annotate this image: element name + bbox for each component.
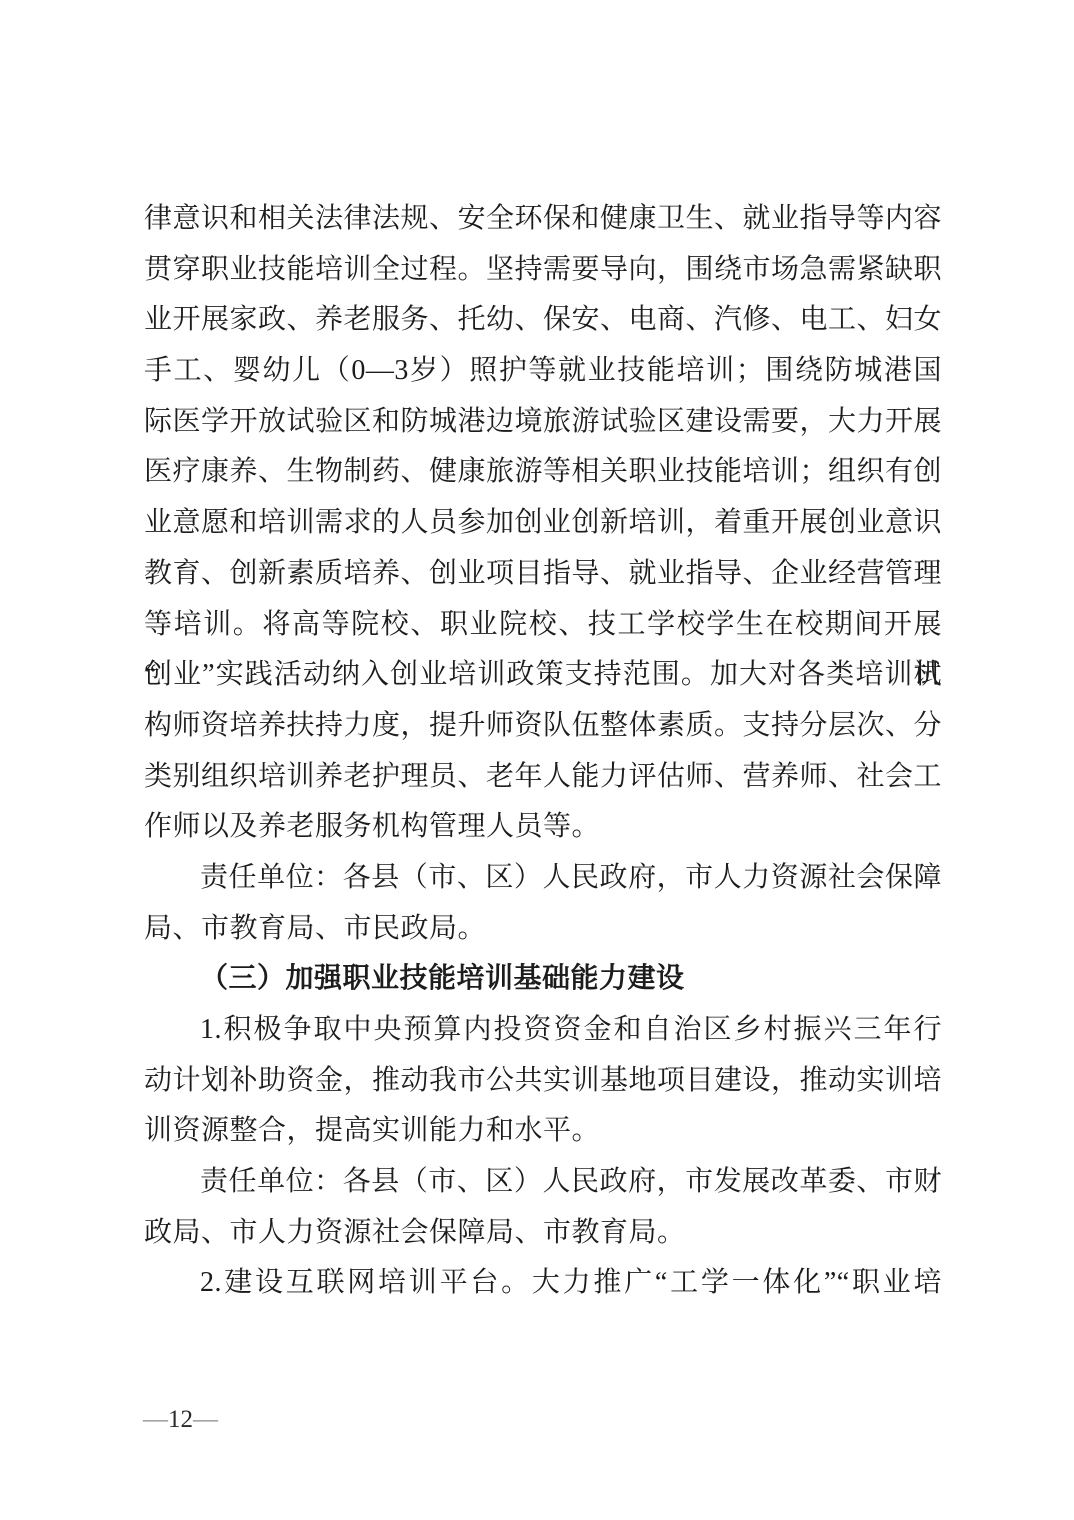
responsibility-line: 局、市教育局、市民政局。 — [144, 904, 942, 955]
body-line: 构师资培养扶持力度，提升师资队伍整体素质。支持分层次、分 — [144, 701, 942, 752]
body-line: 医疗康养、生物制药、健康旅游等相关职业技能培训；组织有创 — [144, 447, 942, 498]
body-line: 等培训。将高等院校、职业院校、技工学校学生在校期间开展“试 — [144, 600, 942, 651]
numbered-item-line: 1.积极争取中央预算内投资资金和自治区乡村振兴三年行 — [144, 1005, 942, 1056]
page-number-dash-right: — — [193, 1406, 218, 1433]
paragraph-end-line: 作师以及养老服务机构管理人员等。 — [144, 802, 942, 853]
section-heading: （三）加强职业技能培训基础能力建设 — [144, 954, 942, 1005]
body-line: 律意识和相关法律法规、安全环保和健康卫生、就业指导等内容 — [144, 194, 942, 245]
page-number-dash-left: — — [143, 1406, 168, 1433]
body-line: 教育、创新素质培养、创业项目指导、就业指导、企业经营管理 — [144, 549, 942, 600]
page-number-value: 12 — [168, 1406, 193, 1433]
page-number: —12— — [143, 1405, 218, 1435]
numbered-item-line: 2.建设互联网培训平台。大力推广“工学一体化”“职业培 — [144, 1258, 942, 1309]
document-page: 律意识和相关法律法规、安全环保和健康卫生、就业指导等内容 贯穿职业技能培训全过程… — [0, 0, 1074, 1520]
body-line: 业意愿和培训需求的人员参加创业创新培训，着重开展创业意识 — [144, 498, 942, 549]
body-line: 创业”实践活动纳入创业培训政策支持范围。加大对各类培训机 — [144, 650, 942, 701]
body-line: 类别组织培训养老护理员、老年人能力评估师、营养师、社会工 — [144, 752, 942, 803]
responsibility-line: 责任单位：各县（市、区）人民政府，市人力资源社会保障 — [144, 853, 942, 904]
body-line: 贯穿职业技能培训全过程。坚持需要导向，围绕市场急需紧缺职 — [144, 245, 942, 296]
paragraph-end-line: 训资源整合，提高实训能力和水平。 — [144, 1106, 942, 1157]
responsibility-line: 责任单位：各县（市、区）人民政府，市发展改革委、市财 — [144, 1157, 942, 1208]
body-line: 手工、婴幼儿（0—3岁）照护等就业技能培训；围绕防城港国 — [144, 346, 942, 397]
body-line: 动计划补助资金，推动我市公共实训基地项目建设，推动实训培 — [144, 1056, 942, 1107]
body-line: 业开展家政、养老服务、托幼、保安、电商、汽修、电工、妇女 — [144, 295, 942, 346]
responsibility-line: 政局、市人力资源社会保障局、市教育局。 — [144, 1208, 942, 1259]
document-body: 律意识和相关法律法规、安全环保和健康卫生、就业指导等内容 贯穿职业技能培训全过程… — [144, 194, 942, 1309]
body-line: 际医学开放试验区和防城港边境旅游试验区建设需要，大力开展 — [144, 397, 942, 448]
